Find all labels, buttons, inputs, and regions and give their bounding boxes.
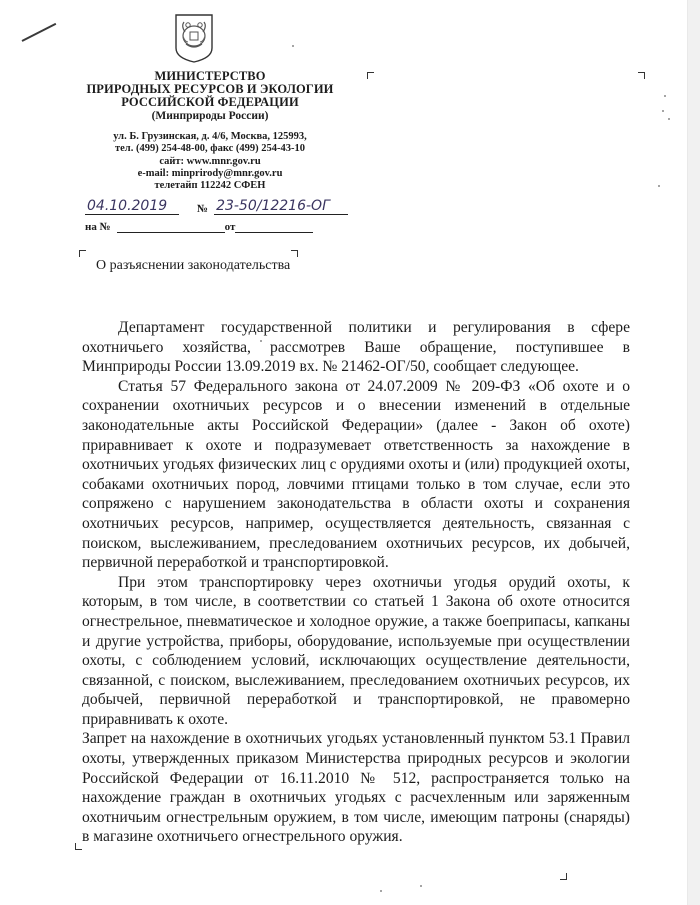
subject-corner-top-left [79, 250, 86, 257]
number-label: № [197, 203, 208, 215]
subject-line: О разъяснении законодательства [96, 258, 290, 274]
in-reply-label: на № [85, 221, 111, 233]
russian-coat-of-arms-icon [173, 12, 215, 64]
letter-body: Департамент государственной политики и р… [82, 318, 630, 847]
website: сайт: www.mnr.gov.ru [60, 156, 360, 168]
scan-speck [668, 118, 670, 120]
outgoing-number: 23-50/12216-ОГ [214, 198, 348, 215]
paragraph-article-57: Статья 57 Федерального закона от 24.07.2… [82, 377, 630, 573]
subject-corner-top-right [291, 250, 298, 257]
body-corner-bottom-left [75, 843, 82, 850]
address-corner-top-left [367, 72, 374, 79]
ministry-title-line3: РОССИЙСКОЙ ФЕДЕРАЦИИ [60, 96, 360, 109]
document-page: МИНИСТЕРСТВО ПРИРОДНЫХ РЕСУРСОВ И ЭКОЛОГ… [0, 0, 688, 905]
in-reply-date-blank [235, 220, 313, 233]
paragraph-transport: При этом транспортировку через охотничьи… [82, 573, 630, 730]
letterhead: МИНИСТЕРСТВО ПРИРОДНЫХ РЕСУРСОВ И ЭКОЛОГ… [60, 70, 360, 192]
scan-speck [380, 890, 382, 892]
from-label: от [225, 221, 236, 233]
ministry-short-name: (Минприроды России) [60, 109, 360, 123]
scan-speck [260, 340, 262, 342]
address: ул. Б. Грузинская, д. 4/6, Москва, 12599… [60, 131, 360, 143]
pen-mark [22, 23, 57, 42]
paragraph-intro: Департамент государственной политики и р… [82, 318, 630, 377]
scan-speck [420, 885, 422, 887]
scan-speck [662, 110, 664, 112]
in-reply-number-blank [117, 220, 225, 233]
teletype: телетайп 112242 СФЕН [60, 180, 360, 192]
address-corner-top-right [638, 72, 645, 79]
scan-speck [664, 95, 666, 97]
scan-speck [292, 45, 294, 47]
reference-block: 04.10.2019 № 23-50/12216-ОГ на № от [85, 197, 355, 233]
paragraph-prohibition: Запрет на нахождение в охотничьих угодья… [82, 729, 630, 847]
scanner-edge [687, 0, 700, 905]
outgoing-ref-row: 04.10.2019 № 23-50/12216-ОГ [85, 197, 355, 215]
email: e-mail: minprirody@mnr.gov.ru [60, 168, 360, 180]
incoming-ref-row: на № от [85, 215, 355, 233]
scan-speck [658, 185, 660, 187]
outgoing-date: 04.10.2019 [85, 198, 179, 215]
contact-block: ул. Б. Грузинская, д. 4/6, Москва, 12599… [60, 131, 360, 192]
body-corner-bottom-right [560, 873, 567, 880]
phone-fax: тел. (499) 254-48-00, факс (499) 254-43-… [60, 143, 360, 155]
